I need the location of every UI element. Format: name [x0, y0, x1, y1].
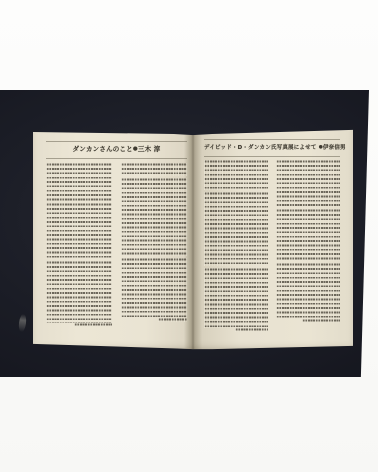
text-column [46, 163, 112, 327]
right-page-title: デイビッド・D・ダンカン氏写真展によせて [204, 145, 317, 151]
photo-of-open-pamphlet: ダンカンさんのこと●三木 淳 [0, 0, 378, 472]
page-fold [184, 127, 202, 352]
text-column [121, 163, 187, 327]
body-text-lastline [302, 319, 340, 323]
body-text-lines [46, 203, 112, 259]
left-page: ダンカンさんのこと●三木 淳 [33, 127, 193, 352]
dark-backdrop: ダンカンさんのこと●三木 淳 [0, 90, 369, 377]
right-page-author: 伊奈信男 [323, 145, 346, 151]
body-text-lines [204, 268, 268, 328]
heading-rule-bottom [204, 156, 340, 157]
body-text-lines [121, 178, 187, 256]
left-page-heading: ダンカンさんのこと●三木 淳 [46, 144, 187, 155]
body-text-lastline [158, 318, 187, 322]
body-text-lines [121, 258, 187, 318]
heading-rule-top [204, 139, 340, 140]
body-text-lastline [74, 323, 112, 327]
text-column [276, 160, 340, 332]
left-page-author: 三木 淳 [138, 145, 161, 153]
booklet-spread: ダンカンさんのこと●三木 淳 [33, 127, 353, 352]
right-page-body [204, 160, 340, 332]
body-text-lines [46, 163, 112, 201]
body-text-lastline [235, 328, 268, 332]
scratch-mark [18, 314, 27, 333]
body-text-lines [276, 263, 340, 319]
left-page-body [46, 163, 187, 327]
right-page: デイビッド・D・ダンカン氏写真展によせて ●伊奈信男 [193, 127, 353, 352]
right-page-heading: デイビッド・D・ダンカン氏写真展によせて ●伊奈信男 [204, 142, 340, 154]
heading-rule-bottom [46, 158, 187, 159]
heading-rule-top [46, 141, 187, 142]
left-page-title: ダンカンさんのこと [73, 145, 133, 153]
body-text-lines [121, 163, 187, 176]
text-column [204, 160, 268, 332]
body-text-lines [276, 160, 340, 207]
body-text-lines [46, 261, 112, 323]
body-text-lines [204, 160, 268, 190]
body-text-lines [276, 209, 340, 261]
body-text-lines [204, 192, 268, 266]
